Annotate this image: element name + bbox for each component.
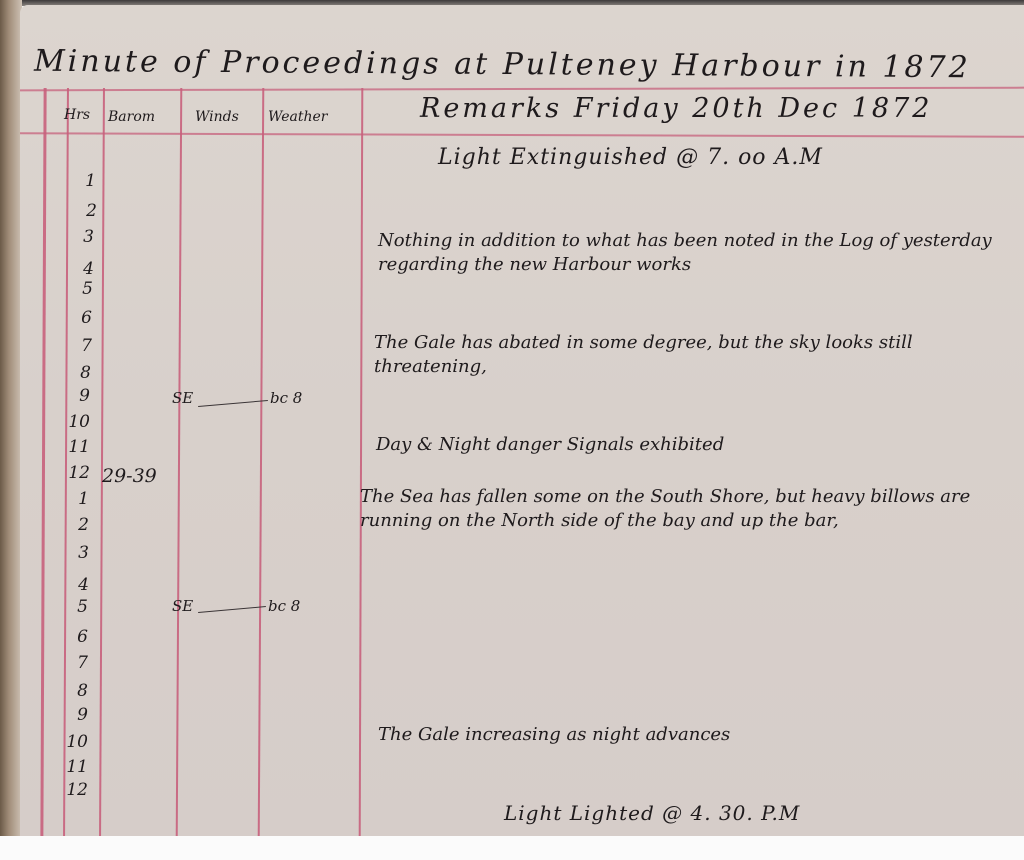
weather-col-rule	[258, 88, 265, 836]
hour-pm-8: 8	[64, 681, 88, 701]
hour-am-10: 10	[66, 412, 90, 432]
reading-9am-winds: SE	[172, 389, 193, 407]
remark-light-lighted: Light Lighted @ 4. 30. P.M	[504, 801, 800, 825]
ledger-page: Minute of Proceedings at Pulteney Harbou…	[20, 5, 1024, 836]
remarks-heading: Remarks Friday 20th Dec 1872	[420, 93, 932, 124]
header-rule	[20, 132, 1024, 138]
hour-pm-2: 2	[65, 515, 89, 535]
reading-5pm-dash	[198, 606, 266, 613]
reading-9am-dash	[198, 400, 268, 407]
col-header-weather: Weather	[268, 109, 328, 125]
hour-am-9: 9	[66, 386, 90, 406]
col-header-hours: Hrs	[64, 107, 90, 123]
remark-gale-abated: The Gale has abated in some degree, but …	[374, 331, 1019, 379]
remarks-col-rule	[359, 88, 364, 836]
hour-am-11: 11	[66, 437, 90, 457]
hour-pm-1: 1	[65, 489, 89, 509]
remark-sea-fallen: The Sea has fallen some on the South Sho…	[360, 485, 1020, 533]
hour-pm-10: 10	[64, 732, 88, 752]
remark-danger-signals: Day & Night danger Signals exhibited	[376, 433, 1016, 457]
hour-pm-9: 9	[64, 705, 88, 725]
page-title: Minute of Proceedings at Pulteney Harbou…	[34, 44, 971, 86]
book-spine-edge	[0, 0, 22, 836]
reading-5pm-weather: bc 8	[268, 597, 300, 615]
hour-pm-5: 5	[64, 597, 88, 617]
col-header-barometer: Barom	[108, 109, 155, 125]
reading-9am-weather: bc 8	[270, 389, 302, 407]
hour-am-4: 4	[70, 259, 94, 279]
hour-pm-7: 7	[64, 653, 88, 673]
remark-nothing-additional: Nothing in addition to what has been not…	[378, 229, 1018, 277]
col-header-winds: Winds	[195, 109, 239, 125]
hour-am-2: 2	[73, 201, 97, 221]
barom-col-rule	[99, 88, 105, 836]
hour-am-7: 7	[68, 336, 92, 356]
page-bottom-margin	[0, 836, 1024, 860]
hour-am-3: 3	[70, 227, 94, 247]
hour-am-8: 8	[67, 363, 91, 383]
hour-am-1: 1	[72, 171, 96, 191]
remark-gale-increasing: The Gale increasing as night advances	[378, 723, 1018, 747]
hour-pm-6: 6	[64, 627, 88, 647]
remark-light-extinguished: Light Extinguished @ 7. oo A.M	[438, 145, 823, 170]
reading-5pm-winds: SE	[172, 597, 193, 615]
hour-am-6: 6	[68, 308, 92, 328]
title-rule	[20, 87, 1024, 92]
margin-rule	[40, 88, 46, 836]
hour-am-12: 12	[66, 463, 90, 483]
hour-am-5: 5	[69, 279, 93, 299]
hour-pm-11: 11	[64, 757, 88, 777]
hour-pm-4: 4	[65, 575, 89, 595]
winds-col-rule	[176, 88, 183, 836]
hour-pm-3: 3	[65, 543, 89, 563]
hour-pm-12: 12	[64, 780, 88, 800]
reading-noon-barometer: 29-39	[102, 465, 157, 487]
